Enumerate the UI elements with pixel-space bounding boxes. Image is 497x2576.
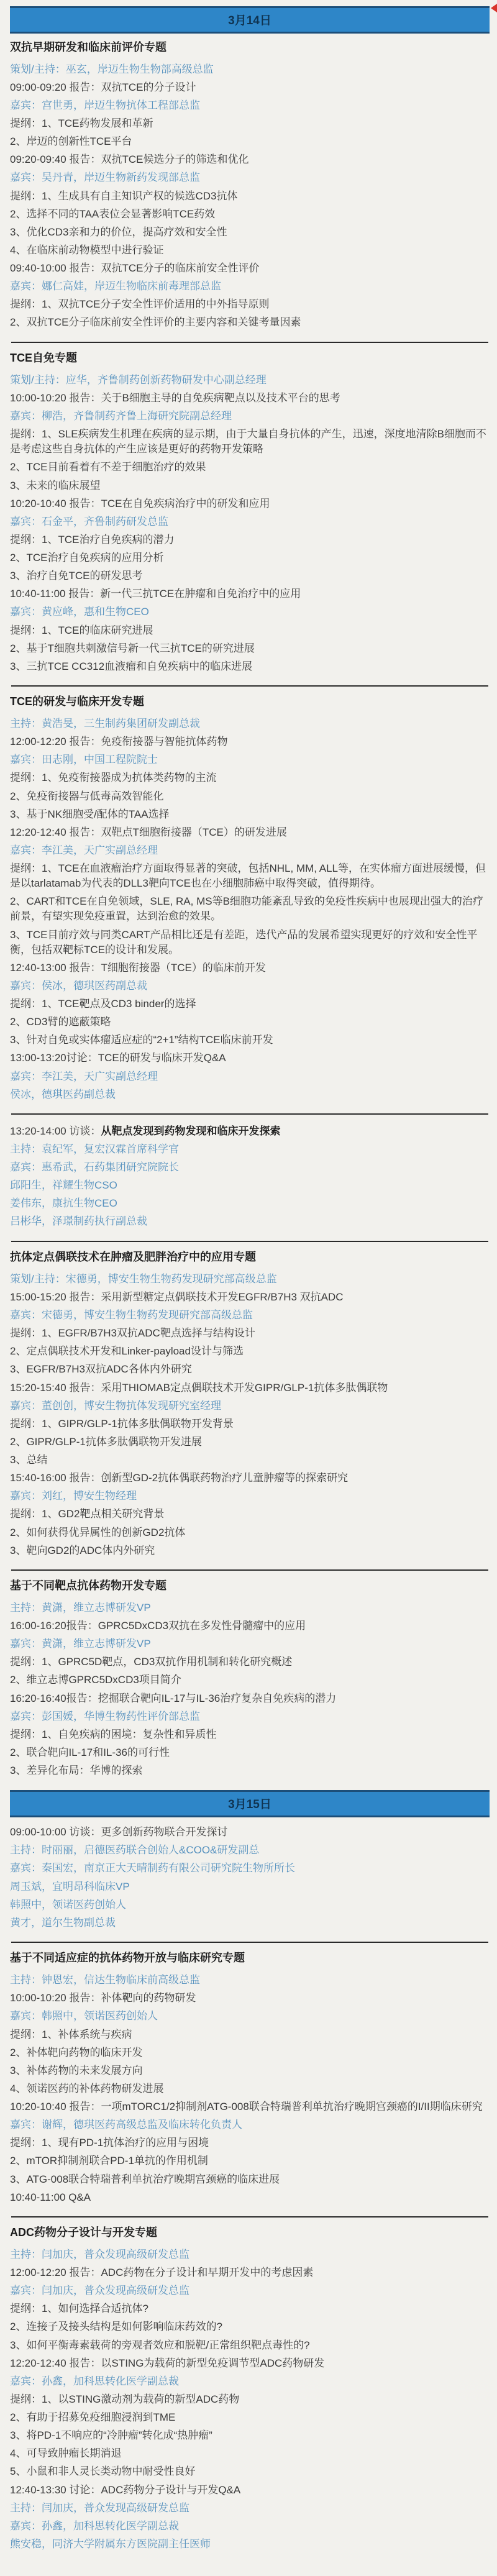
speaker-line: 主持：袁纪军，复宏汉霖首席科学官 [10, 1140, 490, 1158]
outline-line: 3、基于NK细胞受/配体的TAA选择 [10, 805, 490, 823]
section-divider [11, 1569, 488, 1571]
agenda-section: 双抗早期研发和临床前评价专题策划/主持：巫玄，岸迈生物生物部高级总监09:00-… [10, 40, 490, 332]
session-time-line: 10:00-10:20 报告：补体靶向的药物研发 [10, 1989, 490, 2007]
outline-line: 2、mTOR抑制剂联合PD-1单抗的作用机制 [10, 2152, 490, 2170]
speaker-line: 嘉宾：董创创，博安生物抗体发现研究室经理 [10, 1397, 490, 1415]
outline-line: 5、小鼠和非人灵长类动物中耐受性良好 [10, 2463, 490, 2481]
session-time-line: 12:40-13:30 讨论：ADC药物分子设计与开发Q&A [10, 2481, 490, 2499]
outline-line: 提纲：1、SLE疾病发生机理在疾病的显示期，由于大量自身抗体的产生，迅速，深度地… [10, 426, 490, 459]
outline-line: 3、TCE目前疗效与同类CART产品相比还是有差距，迭代产品的发展希望实现更好的… [10, 926, 490, 959]
outline-line: 提纲：1、自免疾病的困境：复杂性和异质性 [10, 1725, 490, 1743]
speaker-line: 嘉宾：韩照中，领诺医药创始人 [10, 2007, 490, 2026]
outline-line: 提纲：1、EGFR/B7H3双抗ADC靶点选择与结构设计 [10, 1325, 490, 1343]
outline-line: 2、TCE目前看着有不差于细胞治疗的效果 [10, 459, 490, 477]
outline-line: 3、差异化布局：华博的探索 [10, 1762, 490, 1780]
speaker-line: 邱阳生，祥耀生物CSO [10, 1177, 490, 1195]
speaker-line: 侯冰，德琪医药副总裁 [10, 1085, 490, 1103]
interview-session-line: 13:20-14:00 访谈：从靶点发现到药物发现和临床开发探索 [10, 1122, 490, 1140]
outline-line: 2、连接子及接头结构是如何影响临床药效的? [10, 2318, 490, 2336]
outline-line: 3、针对自免或实体瘤适应症的“2+1”结构TCE临床前开发 [10, 1031, 490, 1049]
session-time-line: 12:00-12:20 报告：免疫衔接器与智能抗体药物 [10, 733, 490, 751]
speaker-line: 嘉宾：侯冰，德琪医药副总裁 [10, 977, 490, 995]
session-time-line: 12:20-12:40 报告：以STING为载荷的新型免疫调节型ADC药物研发 [10, 2354, 490, 2372]
section-divider [11, 2216, 488, 2217]
speaker-line: 嘉宾：石金平，齐鲁制药研发总监 [10, 513, 490, 531]
session-time-line: 16:00-16:20报告：GPRC5DxCD3双抗在多发性骨髓瘤中的应用 [10, 1617, 490, 1635]
outline-line: 提纲：1、GPRC5D靶点，CD3双抗作用机制和转化研究概述 [10, 1653, 490, 1671]
session-time-line: 16:20-16:40报告：挖掘联合靶向IL-17与IL-36治疗复杂自免疾病的… [10, 1689, 490, 1707]
interview-title: 从靶点发现到药物发现和临床开发探索 [101, 1125, 280, 1137]
session-time-line: 15:00-15:20 报告：采用新型糖定点偶联技术开发EGFR/B7H3 双抗… [10, 1288, 490, 1306]
outline-line: 3、优化CD3亲和力的价位，提高疗效和安全性 [10, 223, 490, 241]
session-time-line: 15:20-15:40 报告：采用THIOMAB定点偶联技术开发GIPR/GLP… [10, 1379, 490, 1397]
session-time-line: 10:40-11:00 Q&A [10, 2188, 490, 2206]
speaker-line: 周玉斌，宜明昂科临床VP [10, 1878, 490, 1896]
outline-line: 2、GIPR/GLP-1抗体多肽偶联物开发进展 [10, 1433, 490, 1451]
outline-line: 2、岸迈的创新性TCE平台 [10, 133, 490, 151]
section-divider [11, 1241, 488, 1242]
outline-line: 提纲：1、以STING激动剂为载荷的新型ADC药物 [10, 2390, 490, 2408]
conference-agenda-page: 3月14日双抗早期研发和临床前评价专题策划/主持：巫玄，岸迈生物生物部高级总监0… [0, 0, 497, 2576]
outline-line: 3、EGFR/B7H3双抗ADC各体内外研究 [10, 1361, 490, 1379]
session-time-line: 10:00-10:20 报告：关于B细胞主导的自免疾病靶点以及技术平台的思考 [10, 389, 490, 407]
speaker-line: 嘉宾：闫加庆，普众发现高级研发总监 [10, 2282, 490, 2300]
speaker-line: 嘉宾：黄潇，维立志博研发VP [10, 1635, 490, 1653]
session-time-line: 12:40-13:00 报告：T细胞衔接器（TCE）的临床前开发 [10, 959, 490, 977]
speaker-line: 策划/主持：应华，齐鲁制药创新药物研发中心副总经理 [10, 371, 490, 389]
speaker-line: 吕彬华，泽璟制药执行副总裁 [10, 1213, 490, 1231]
agenda-section: 基于不同靶点抗体药物开发专题主持：黄潇，维立志博研发VP16:00-16:20报… [10, 1578, 490, 1779]
speaker-line: 嘉宾：田志刚，中国工程院院士 [10, 751, 490, 769]
speaker-line: 主持：黄浩旻，三生制药集团研发副总裁 [10, 715, 490, 733]
speaker-line: 嘉宾：宫世勇，岸迈生物抗体工程部总监 [10, 96, 490, 114]
session-time-line: 15:40-16:00 报告：创新型GD-2抗体偶联药物治疗儿童肿瘤等的探索研究 [10, 1469, 490, 1487]
outline-line: 提纲：1、TCE的临床研究进展 [10, 621, 490, 639]
day-gap [10, 1780, 490, 1789]
section-title: TCE的研发与临床开发专题 [10, 694, 490, 710]
outline-line: 提纲：1、补体系统与疾病 [10, 2026, 490, 2044]
outline-line: 3、总结 [10, 1451, 490, 1469]
speaker-line: 主持：钟恩宏，信达生物临床前高级总监 [10, 1971, 490, 1989]
speaker-line: 嘉宾：秦国宏，南京正大天晴制药有限公司研究院生物所所长 [10, 1860, 490, 1878]
speaker-line: 黄才，道尔生物副总裁 [10, 1914, 490, 1932]
speaker-line: 嘉宾：彭国媛，华博生物药性评价部总监 [10, 1707, 490, 1725]
day-header: 3月14日 [10, 6, 490, 34]
speaker-line: 嘉宾：宋德勇，博安生物生物药发现研究部高级总监 [10, 1307, 490, 1325]
speaker-line: 嘉宾：娜仁高娃，岸迈生物临床前毒理部总监 [10, 278, 490, 296]
section-title: TCE自免专题 [10, 350, 490, 366]
section-title: ADC药物分子设计与开发专题 [10, 2225, 490, 2240]
session-time: 13:20-14:00 访谈： [10, 1125, 101, 1137]
speaker-line: 嘉宾：惠希武，石药集团研究院院长 [10, 1159, 490, 1177]
day-header: 3月15日 [10, 1790, 490, 1817]
red-arrow-artifact [491, 4, 497, 12]
outline-line: 2、补体靶向药物的临床开发 [10, 2044, 490, 2062]
outline-line: 提纲：1、TCE靶点及CD3 binder的选择 [10, 995, 490, 1013]
agenda-section: 13:20-14:00 访谈：从靶点发现到药物发现和临床开发探索主持：袁纪军，复… [10, 1122, 490, 1231]
speaker-line: 策划/主持：宋德勇，博安生物生物药发现研究部高级总监 [10, 1270, 490, 1288]
outline-line: 2、联合靶向IL-17和IL-36的可行性 [10, 1743, 490, 1761]
speaker-line: 嘉宾：吴丹青，岸迈生物新药发现部总监 [10, 169, 490, 187]
outline-line: 2、免疫衔接器与低毒高效智能化 [10, 787, 490, 805]
outline-line: 提纲：1、生成具有自主知识产权的候选CD3抗体 [10, 187, 490, 205]
speaker-line: 嘉宾：谢辉，德琪医药高级总监及临床转化负责人 [10, 2116, 490, 2134]
outline-line: 提纲：1、免疫衔接器成为抗体类药物的主流 [10, 769, 490, 787]
outline-line: 2、维立志博GPRC5DxCD3项目简介 [10, 1671, 490, 1689]
speaker-line: 熊安稳，同济大学附属东方医院副主任医师 [10, 2535, 490, 2553]
speaker-line: 主持：闫加庆，普众发现高级研发总监 [10, 2245, 490, 2263]
session-time-line: 09:40-10:00 报告：双抗TCE分子的临床前安全性评价 [10, 260, 490, 278]
speaker-line: 嘉宾：李江美，天广实副总经理 [10, 841, 490, 859]
outline-line: 4、可导致肿瘤长期消退 [10, 2445, 490, 2463]
outline-line: 提纲：1、TCE在血液瘤治疗方面取得显著的突破，包括NHL, MM, ALL等，… [10, 860, 490, 893]
section-title: 抗体定点偶联技术在肿瘤及肥胖治疗中的应用专题 [10, 1249, 490, 1265]
outline-line: 2、有助于招募免疫细胞浸润到TME [10, 2409, 490, 2427]
outline-line: 3、如何平衡毒素载荷的旁观者效应和脱靶/正常组织靶点毒性的? [10, 2336, 490, 2354]
session-time-line: 09:00-09:20 报告：双抗TCE的分子设计 [10, 78, 490, 96]
outline-line: 3、靶向GD2的ADC体内外研究 [10, 1541, 490, 1560]
session-time-line: 10:20-10:40 报告：TCE在自免疾病治疗中的研发和应用 [10, 495, 490, 513]
outline-line: 4、在临床前动物模型中进行验证 [10, 241, 490, 259]
speaker-line: 嘉宾：刘红，博安生物经理 [10, 1487, 490, 1505]
agenda-section: 抗体定点偶联技术在肿瘤及肥胖治疗中的应用专题策划/主持：宋德勇，博安生物生物药发… [10, 1249, 490, 1560]
outline-line: 提纲：1、现有PD-1抗体治疗的应用与困境 [10, 2134, 490, 2152]
session-time-line: 12:20-12:40 报告：双靶点T细胞衔接器（TCE）的研发进展 [10, 823, 490, 841]
section-title: 基于不同适应症的抗体药物开放与临床研究专题 [10, 1950, 490, 1966]
outline-line: 提纲：1、GD2靶点相关研究背景 [10, 1505, 490, 1523]
speaker-line: 主持：闫加庆，普众发现高级研发总监 [10, 2499, 490, 2517]
outline-line: 提纲：1、TCE药物发展和革新 [10, 115, 490, 133]
section-divider [11, 1113, 488, 1115]
outline-line: 提纲：1、双抗TCE分子安全性评价适用的中外指导原则 [10, 296, 490, 314]
agenda-section: TCE的研发与临床开发专题主持：黄浩旻，三生制药集团研发副总裁12:00-12:… [10, 694, 490, 1103]
agenda-section: ADC药物分子设计与开发专题主持：闫加庆，普众发现高级研发总监12:00-12:… [10, 2225, 490, 2553]
speaker-line: 主持：黄潇，维立志博研发VP [10, 1599, 490, 1617]
outline-line: 2、定点偶联技术开发和Linker-payload设计与筛选 [10, 1343, 490, 1361]
outline-line: 3、三抗TCE CC312血液瘤和自免疾病中的临床进展 [10, 657, 490, 675]
outline-line: 3、未来的临床展望 [10, 477, 490, 495]
speaker-line: 主持：时丽丽，启德医药联合创始人&COO&研发副总 [10, 1842, 490, 1860]
session-time-line: 09:20-09:40 报告：双抗TCE候选分子的筛选和优化 [10, 151, 490, 169]
speaker-line: 嘉宾：孙鑫，加科思转化医学副总裁 [10, 2372, 490, 2390]
outline-line: 2、基于T细胞共刺激信号新一代三抗TCE的研究进展 [10, 639, 490, 657]
session-time-line: 10:40-11:00 报告：新一代三抗TCE在肿瘤和自免治疗中的应用 [10, 585, 490, 603]
section-title: 双抗早期研发和临床前评价专题 [10, 40, 490, 55]
outline-line: 4、领诺医药的补体药物研发进展 [10, 2080, 490, 2098]
outline-line: 提纲：1、GIPR/GLP-1抗体多肽偶联物开发背景 [10, 1415, 490, 1433]
outline-line: 2、双抗TCE分子临床前安全性评价的主要内容和关键考量因素 [10, 314, 490, 332]
outline-line: 3、ATG-008联合特瑞普利单抗治疗晚期宫颈癌的临床进展 [10, 2170, 490, 2188]
outline-line: 提纲：1、如何选择合适抗体? [10, 2300, 490, 2318]
speaker-line: 嘉宾：李江美，天广实副总经理 [10, 1067, 490, 1085]
outline-line: 2、选择不同的TAA表位会显著影响TCE药效 [10, 205, 490, 223]
outline-line: 3、将PD-1不响应的“冷肿瘤”转化成“热肿瘤” [10, 2427, 490, 2445]
speaker-line: 策划/主持：巫玄，岸迈生物生物部高级总监 [10, 60, 490, 78]
session-time-line: 13:00-13:20讨论：TCE的研发与临床开发Q&A [10, 1049, 490, 1067]
outline-line: 提纲：1、TCE治疗自免疾病的潜力 [10, 531, 490, 549]
session-time-line: 09:00-10:00 访谈：更多创新药物联合开发探讨 [10, 1824, 490, 1842]
outline-line: 2、CD3臂的遮蔽策略 [10, 1013, 490, 1031]
agenda-section: 09:00-10:00 访谈：更多创新药物联合开发探讨主持：时丽丽，启德医药联合… [10, 1824, 490, 1932]
session-time-line: 12:00-12:20 报告：ADC药物在分子设计和早期开发中的考虑因素 [10, 2264, 490, 2282]
outline-line: 3、补体药物的未来发展方向 [10, 2062, 490, 2080]
speaker-line: 嘉宾：孙鑫，加科思转化医学副总裁 [10, 2517, 490, 2535]
section-divider [11, 685, 488, 687]
session-time-line: 10:20-10:40 报告：一项mTORC1/2抑制剂ATG-008联合特瑞普… [10, 2098, 490, 2116]
outline-line: 3、治疗自免TCE的研发思考 [10, 567, 490, 585]
section-divider [11, 1942, 488, 1943]
speaker-line: 姜伟东，康抗生物CEO [10, 1195, 490, 1213]
speaker-line: 韩照中，领诺医药创始人 [10, 1896, 490, 1914]
outline-line: 2、CART和TCE在自免领域，SLE, RA, MS等B细胞功能紊乱导致的免疫… [10, 893, 490, 926]
section-title: 基于不同靶点抗体药物开发专题 [10, 1578, 490, 1594]
speaker-line: 嘉宾：柳浩，齐鲁制药齐鲁上海研究院副总经理 [10, 408, 490, 426]
outline-line: 2、TCE治疗自免疾病的应用分析 [10, 549, 490, 567]
section-divider [11, 342, 488, 343]
speaker-line: 嘉宾：黄应峰，惠和生物CEO [10, 603, 490, 621]
agenda-section: 基于不同适应症的抗体药物开放与临床研究专题主持：钟恩宏，信达生物临床前高级总监1… [10, 1950, 490, 2206]
outline-line: 2、如何获得优异属性的创新GD2抗体 [10, 1523, 490, 1541]
agenda-section: TCE自免专题策划/主持：应华，齐鲁制药创新药物研发中心副总经理10:00-10… [10, 350, 490, 675]
